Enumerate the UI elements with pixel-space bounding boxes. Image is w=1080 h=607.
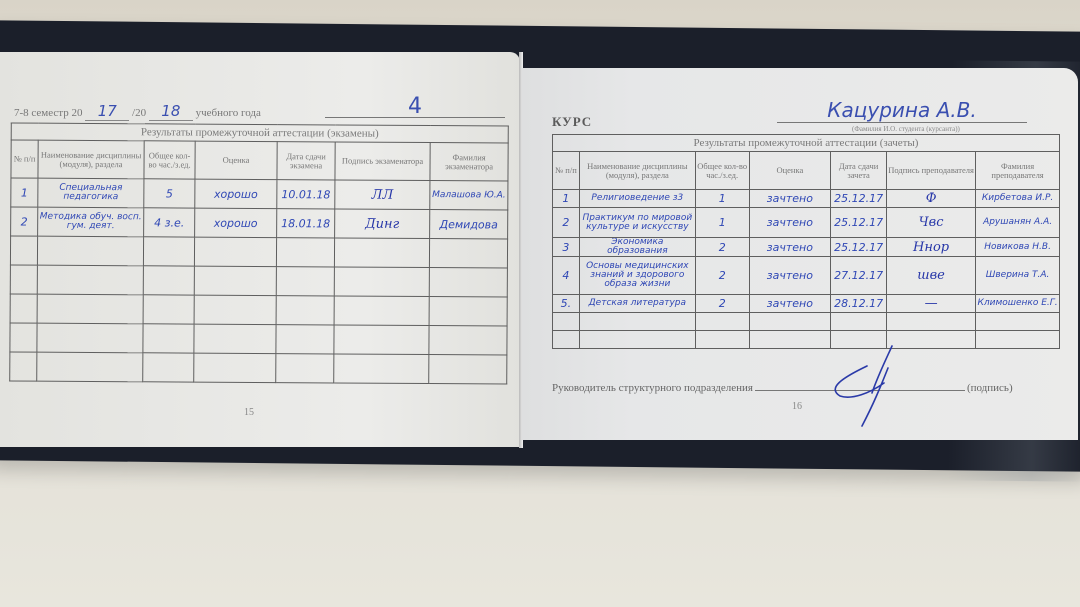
year-end: 18 bbox=[149, 102, 193, 121]
row-signature: ЛЛ bbox=[335, 180, 430, 210]
header-signature: Подпись экзаменатора bbox=[335, 142, 430, 181]
row-discipline: Экономика образования bbox=[579, 238, 695, 257]
student-name: Кацурина А.В. bbox=[777, 98, 1027, 123]
row-date: 28.12.17 bbox=[831, 295, 887, 313]
row-date: 27.12.17 bbox=[831, 257, 887, 295]
header-date: Дата сдачи экзамена bbox=[277, 142, 335, 180]
row-hours: 2 bbox=[695, 238, 749, 257]
row-teacher: Новикова Н.В. bbox=[976, 238, 1060, 257]
semester-line: 7-8 семестр 20 17 /20 18 учебного года bbox=[14, 102, 261, 121]
credits-table-title: Результаты промежуточной аттестации (зач… bbox=[553, 135, 1060, 152]
row-date: 25.12.17 bbox=[831, 208, 887, 238]
table-row bbox=[553, 331, 1060, 349]
left-page: 7-8 семестр 20 17 /20 18 учебного года 4… bbox=[0, 52, 520, 447]
year-separator: /20 bbox=[132, 107, 146, 119]
row-date: 18.01.18 bbox=[277, 209, 335, 238]
header-teacher: Фамилия преподавателя bbox=[976, 152, 1060, 190]
page-number-left: 15 bbox=[244, 407, 254, 418]
row-discipline: Детская литература bbox=[579, 295, 695, 313]
year-start: 17 bbox=[85, 102, 129, 121]
header-signature: Подпись преподавателя bbox=[887, 152, 976, 190]
row-num: 4 bbox=[553, 257, 580, 295]
exams-header-row: № п/п Наименование дисциплины (модуля), … bbox=[11, 140, 508, 181]
credits-header-row: № п/п Наименование дисциплины (модуля), … bbox=[553, 152, 1060, 190]
row-grade: зачтено bbox=[749, 257, 831, 295]
head-signature-icon bbox=[822, 338, 932, 428]
head-of-department-label: Руководитель структурного подразделения bbox=[552, 382, 753, 394]
row-signature: Ннор bbox=[887, 238, 976, 257]
head-of-department-line: Руководитель структурного подразделения(… bbox=[552, 381, 1013, 394]
table-row bbox=[10, 236, 507, 268]
student-name-caption: (Фамилия И.О. студента (курсанта)) bbox=[852, 125, 960, 133]
header-hours: Общее кол-во час./з.ед. bbox=[695, 152, 749, 190]
row-grade: хорошо bbox=[195, 208, 277, 238]
row-grade: зачтено bbox=[749, 238, 831, 257]
row-discipline: Основы медицинских знаний и здорового об… bbox=[579, 257, 695, 295]
table-row: 1 Специальная педагогика 5 хорошо 10.01.… bbox=[11, 178, 508, 210]
table-row bbox=[10, 265, 507, 297]
table-row: 1 Религиоведение з3 1 зачтено 25.12.17 Ф… bbox=[553, 190, 1060, 208]
table-row: 5. Детская литература 2 зачтено 28.12.17… bbox=[553, 295, 1060, 313]
header-num: № п/п bbox=[553, 152, 580, 190]
header-date: Дата сдачи зачета bbox=[831, 152, 887, 190]
table-row bbox=[10, 294, 507, 326]
row-hours: 1 bbox=[695, 208, 749, 238]
row-grade: хорошо bbox=[195, 179, 277, 209]
right-page: КУРС Кацурина А.В. (Фамилия И.О. студент… bbox=[522, 68, 1078, 440]
credits-table: Результаты промежуточной аттестации (зач… bbox=[552, 134, 1060, 349]
row-num: 5. bbox=[553, 295, 580, 313]
table-row: 4 Основы медицинских знаний и здорового … bbox=[553, 257, 1060, 295]
page-number-right: 16 bbox=[792, 401, 802, 412]
row-hours: 4 з.е. bbox=[144, 208, 195, 237]
row-grade: зачтено bbox=[749, 190, 831, 208]
row-teacher: Кирбетова И.Р. bbox=[976, 190, 1060, 208]
row-examiner: Демидова bbox=[430, 210, 508, 239]
row-signature: шве bbox=[887, 257, 976, 295]
header-discipline: Наименование дисциплины (модуля), раздел… bbox=[579, 152, 695, 190]
semester-prefix: 7-8 семестр 20 bbox=[14, 107, 83, 119]
row-num: 3 bbox=[553, 238, 580, 257]
row-signature: — bbox=[887, 295, 976, 313]
row-date: 25.12.17 bbox=[831, 238, 887, 257]
header-examiner: Фамилия экзаменатора bbox=[430, 143, 508, 181]
table-row: 2 Методика обуч. восп. гум. деят. 4 з.е.… bbox=[11, 207, 508, 239]
row-num: 2 bbox=[11, 207, 38, 236]
row-hours: 2 bbox=[695, 295, 749, 313]
header-discipline: Наименование дисциплины (модуля), раздел… bbox=[38, 140, 144, 179]
semester-suffix: учебного года bbox=[196, 107, 261, 119]
row-date: 10.01.18 bbox=[277, 180, 335, 209]
row-discipline: Практикум по мировой культуре и искусств… bbox=[579, 208, 695, 238]
row-examiner: Малашова Ю.А. bbox=[430, 181, 508, 210]
header-grade: Оценка bbox=[749, 152, 831, 190]
table-row bbox=[10, 323, 507, 355]
row-grade: зачтено bbox=[749, 208, 831, 238]
header-hours: Общее кол-во час./з.ед. bbox=[144, 141, 195, 179]
row-signature: Динг bbox=[335, 209, 430, 239]
table-row bbox=[10, 352, 507, 384]
header-grade: Оценка bbox=[195, 141, 277, 180]
row-discipline: Специальная педагогика bbox=[38, 178, 144, 208]
row-signature: Чвс bbox=[887, 208, 976, 238]
signature-caption: (подпись) bbox=[967, 382, 1013, 394]
row-hours: 2 bbox=[695, 257, 749, 295]
row-signature: Ф bbox=[887, 190, 976, 208]
table-row bbox=[553, 313, 1060, 331]
row-discipline: Религиоведение з3 bbox=[579, 190, 695, 208]
course-number: 4 bbox=[325, 97, 505, 118]
row-discipline: Методика обуч. восп. гум. деят. bbox=[38, 207, 144, 237]
header-num: № п/п bbox=[11, 140, 38, 178]
row-hours: 5 bbox=[144, 179, 195, 208]
table-row: 3 Экономика образования 2 зачтено 25.12.… bbox=[553, 238, 1060, 257]
row-num: 2 bbox=[553, 208, 580, 238]
table-row: 2 Практикум по мировой культуре и искусс… bbox=[553, 208, 1060, 238]
kurs-label: КУРС bbox=[552, 114, 592, 130]
row-teacher: Климошенко Е.Г. bbox=[976, 295, 1060, 313]
row-teacher: Арушанян А.А. bbox=[976, 208, 1060, 238]
exams-table: Результаты промежуточной аттестации (экз… bbox=[9, 122, 509, 384]
row-hours: 1 bbox=[695, 190, 749, 208]
row-date: 25.12.17 bbox=[831, 190, 887, 208]
row-num: 1 bbox=[11, 178, 38, 207]
row-teacher: Шверина Т.А. bbox=[976, 257, 1060, 295]
row-grade: зачтено bbox=[749, 295, 831, 313]
row-num: 1 bbox=[553, 190, 580, 208]
